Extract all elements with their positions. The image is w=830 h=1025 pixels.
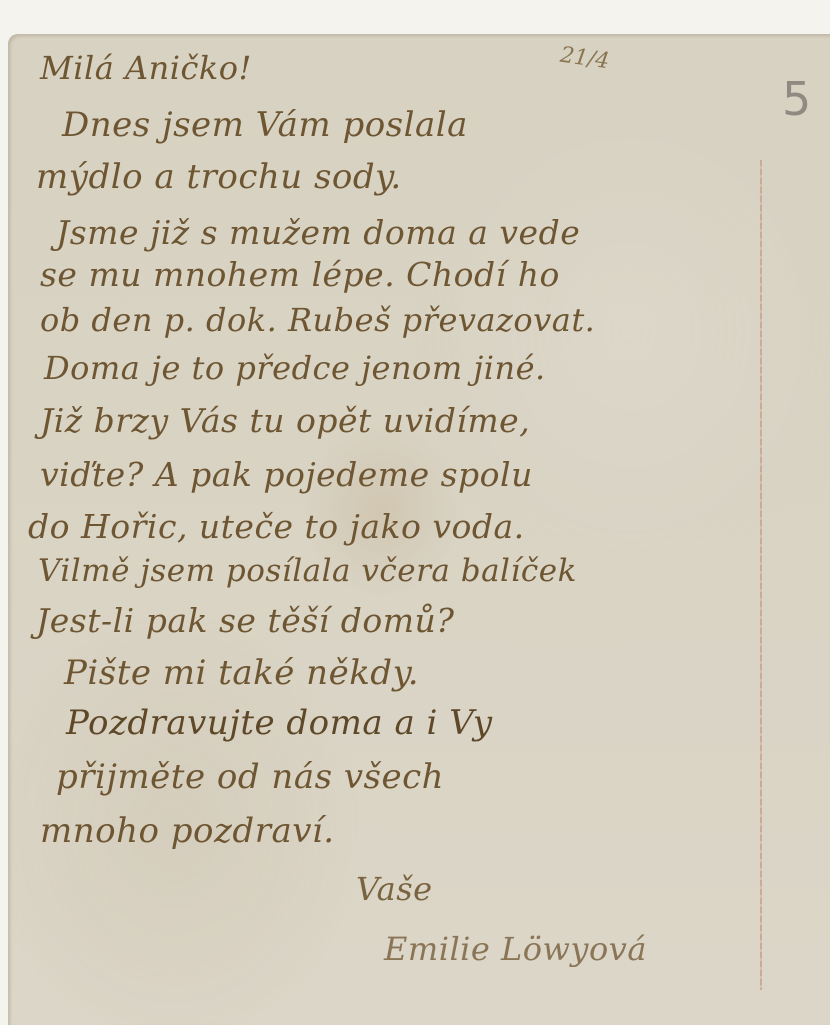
letter-line: Jest-li pak se těší domů? — [36, 604, 454, 637]
letter-line: Doma je to předce jenom jiné. — [44, 352, 546, 384]
letter-line: mnoho pozdraví. — [40, 814, 335, 848]
page-number: 5 — [782, 72, 811, 126]
letter-line: do Hořic, uteče to jako voda. — [28, 510, 525, 543]
scanned-postcard: 21/4 5 Milá Aničko! Dnes jsem Vám poslal… — [0, 0, 830, 1025]
closing: Vaše — [356, 870, 433, 908]
letter-line: se mu mnohem lépe. Chodí ho — [40, 258, 560, 291]
letter-line: mýdlo a trochu sody. — [36, 160, 402, 194]
letter-line: Pozdravujte doma a i Vy — [66, 706, 493, 740]
address-divider-line — [760, 160, 762, 990]
letter-line: Dnes jsem Vám poslala — [62, 108, 468, 142]
letter-line: Vilmě jsem posílala včera balíček — [38, 556, 577, 587]
letter-line: Pište mi také někdy. — [64, 656, 419, 690]
letter-line: viďte? A pak pojedeme spolu — [40, 458, 533, 491]
salutation: Milá Aničko! — [40, 52, 252, 84]
letter-line: ob den p. dok. Rubeš převazovat. — [40, 304, 595, 336]
signature: Emilie Löwyová — [384, 930, 647, 968]
letter-line: Již brzy Vás tu opět uvidíme, — [40, 404, 530, 437]
letter-line: přijměte od nás všech — [56, 760, 444, 794]
letter-line: Jsme již s mužem doma a vede — [56, 216, 580, 249]
